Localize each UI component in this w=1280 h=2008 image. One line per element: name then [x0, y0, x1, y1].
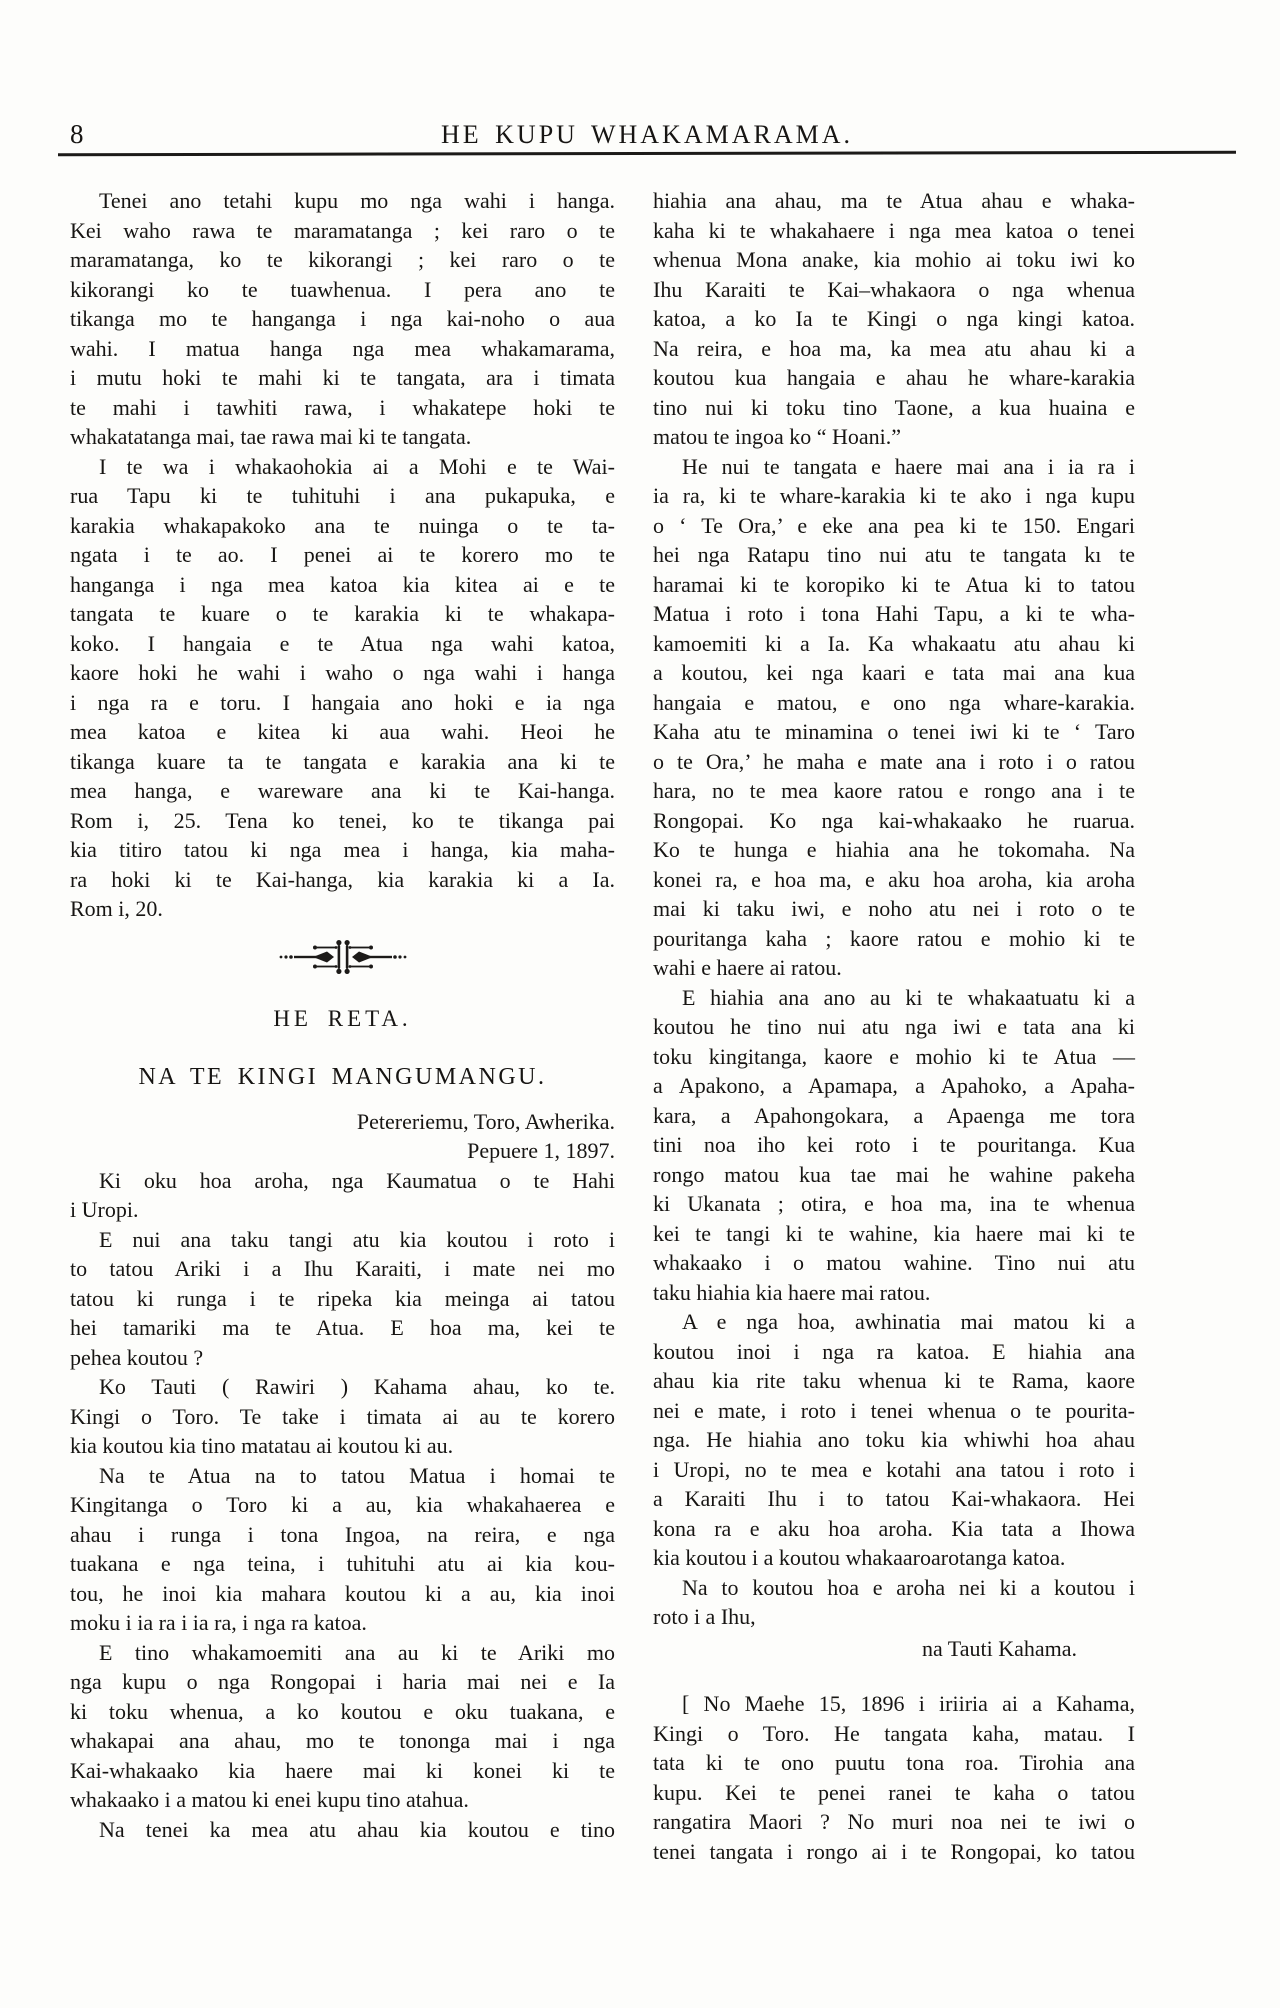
text-line: karakia whakapakoko ana te nuinga o te t… — [70, 511, 615, 541]
text-line: Ki oku hoa aroha, nga Kaumatua o te Hahi — [70, 1166, 615, 1196]
text-line: tuakana e nga teina, i tuhituhi atu ai k… — [70, 1549, 615, 1579]
text-line: kupu. Kei te penei ranei te kaha o tatou — [653, 1778, 1135, 1808]
text-line: o ‘ Te Ora,’ e eke ana pea ki te 150. En… — [653, 511, 1135, 541]
text-line: Na te Atua na to tatou Matua i homai te — [70, 1461, 615, 1491]
text-line: tikanga mo te hanganga i nga kai-noho o … — [70, 304, 615, 334]
text-line: a koutou, kei nga kaari e tata mai ana k… — [653, 658, 1135, 688]
text-line: Kingitanga o Toro ki a au, kia whakahaer… — [70, 1490, 615, 1520]
text-line: hei tamariki ma te Atua. E hoa ma, kei t… — [70, 1313, 615, 1343]
text-line: kia koutou i a koutou whakaaroarotanga k… — [653, 1543, 1135, 1573]
text-line: Na tenei ka mea atu ahau kia koutou e ti… — [70, 1815, 615, 1845]
text-line: whakaako i a matou ki enei kupu tino ata… — [70, 1785, 615, 1815]
paragraph: [ No Maehe 15, 1896 i iriiria ai a Kaham… — [653, 1689, 1135, 1866]
text-line: i nga ra e toru. I hangaia ano hoki e ia… — [70, 688, 615, 718]
text-line: Rongopai. Ko nga kai-whakaako he ruarua. — [653, 806, 1135, 836]
paragraph: Na tenei ka mea atu ahau kia koutou e ti… — [70, 1815, 615, 1845]
paragraph: Tenei ano tetahi kupu mo nga wahi i hang… — [70, 186, 615, 452]
text-line: haramai ki te koropiko ki te Atua ki to … — [653, 570, 1135, 600]
text-line: kia titiro tatou ki nga mea i hanga, kia… — [70, 835, 615, 865]
text-line: I te wa i whakaohokia ai a Mohi e te Wai… — [70, 452, 615, 482]
text-line: tou, he inoi kia mahara koutou ki a au, … — [70, 1579, 615, 1609]
text-line: rua Tapu ki te tuhituhi i ana pukapuka, … — [70, 481, 615, 511]
dateline: Petereriemu, Toro, Awherika. — [70, 1107, 615, 1137]
paragraph: E tino whakamoemiti ana au ki te Ariki m… — [70, 1638, 615, 1815]
scanned-document-page: 8 HE KUPU WHAKAMARAMA. Tenei ano tetahi … — [0, 0, 1280, 2008]
text-line: wahi. I matua hanga nga mea whakamarama, — [70, 334, 615, 364]
text-line: kaore hoki he wahi i waho o nga wahi i h… — [70, 658, 615, 688]
text-line: Matua i roto i tona Hahi Tapu, a ki te w… — [653, 599, 1135, 629]
text-line: te mahi i tawhiti rawa, i whakatepe hoki… — [70, 393, 615, 423]
text-line: He nui te tangata e haere mai ana i ia r… — [653, 452, 1135, 482]
signature-line: na Tauti Kahama. — [653, 1634, 1135, 1664]
text-line: wahi e haere ai ratou. — [653, 953, 1135, 983]
text-line: a Karaiti Ihu i to tatou Kai-whakaora. H… — [653, 1484, 1135, 1514]
paragraph: Ki oku hoa aroha, nga Kaumatua o te Hahi… — [70, 1166, 615, 1225]
text-line: Tenei ano tetahi kupu mo nga wahi i hang… — [70, 186, 615, 216]
text-line: ki Ukanata ; otira, e hoa ma, ina te whe… — [653, 1189, 1135, 1219]
text-line: hanganga i nga mea katoa kia kitea ai e … — [70, 570, 615, 600]
text-line: hei nga Ratapu tino nui atu te tangata k… — [653, 540, 1135, 570]
text-line: whakaako i o matou wahine. Tino nui atu — [653, 1248, 1135, 1278]
text-line: E hiahia ana ano au ki te whakaatuatu ki… — [653, 983, 1135, 1013]
text-line: rongo matou kua tae mai he wahine pakeha — [653, 1160, 1135, 1190]
text-line: whakapai ana ahau, mo te tononga mai i n… — [70, 1726, 615, 1756]
paragraph: hiahia ana ahau, ma te Atua ahau e whaka… — [653, 186, 1135, 452]
text-line: Na reira, e hoa ma, ka mea atu ahau ki a — [653, 334, 1135, 364]
text-line: taku hiahia kia haere mai ratou. — [653, 1278, 1135, 1308]
text-line: a Apakono, a Apamapa, a Apahoko, a Apaha… — [653, 1071, 1135, 1101]
text-line: hara, no te mea kaore ratou e rongo ana … — [653, 776, 1135, 806]
paragraph: E nui ana taku tangi atu kia koutou i ro… — [70, 1225, 615, 1373]
paragraph: I te wa i whakaohokia ai a Mohi e te Wai… — [70, 452, 615, 924]
text-line: tenei tangata i rongo ai i te Rongopai, … — [653, 1837, 1135, 1867]
text-line: Na to koutou hoa e aroha nei ki a koutou… — [653, 1573, 1135, 1603]
text-line: Ko Tauti ( Rawiri ) Kahama ahau, ko te. — [70, 1372, 615, 1402]
page-title: HE KUPU WHAKAMARAMA. — [58, 122, 1236, 148]
text-line: tata ki te ono puutu tona roa. Tirohia a… — [653, 1748, 1135, 1778]
text-line: Kingi o Toro. Te take i timata ai au te … — [70, 1402, 615, 1432]
text-line: tini noa iho kei roto i te pouritanga. K… — [653, 1130, 1135, 1160]
text-line: katoa, a ko Ia te Kingi o nga kingi kato… — [653, 304, 1135, 334]
text-line: tikanga kuare ta te tangata e karakia an… — [70, 747, 615, 777]
text-line: kia koutou kia tino matatau ai koutou ki… — [70, 1431, 615, 1461]
text-line: i Uropi, no te mea e kotahi ana tatou i … — [653, 1455, 1135, 1485]
text-line: whakatatanga mai, tae rawa mai ki te tan… — [70, 422, 615, 452]
paragraph: A e nga hoa, awhinatia mai matou ki akou… — [653, 1307, 1135, 1573]
text-line: whenua Mona anake, kia mohio ai toku iwi… — [653, 245, 1135, 275]
text-line: nga. He hiahia ano toku kia whiwhi hoa a… — [653, 1425, 1135, 1455]
divider-ornament — [70, 938, 615, 976]
text-line: matou te ingoa ko “ Hoani.” — [653, 422, 1135, 452]
text-line: hangaia e matou, e ono nga whare-karakia… — [653, 688, 1135, 718]
text-line: nei e mate, i roto i tenei whenua o te p… — [653, 1396, 1135, 1426]
text-line: o te Ora,’ he maha e mate ana i roto i o… — [653, 747, 1135, 777]
text-line: tino nui ki toku tino Taone, a kua huain… — [653, 393, 1135, 423]
text-line: Kaha atu te minamina o tenei iwi ki te ‘… — [653, 717, 1135, 747]
text-line: ahau i runga i tona Ingoa, na reira, e n… — [70, 1520, 615, 1550]
text-line: toku kingitanga, kaore e mohio ki te Atu… — [653, 1042, 1135, 1072]
paragraph: Na to koutou hoa e aroha nei ki a koutou… — [653, 1573, 1135, 1632]
text-line: mai ki taku iwi, e noho atu nei i roto o… — [653, 894, 1135, 924]
text-line: ra hoki ki te Kai-hanga, kia karakia ki … — [70, 865, 615, 895]
section-heading: HE RETA. — [70, 1004, 615, 1034]
text-line: to tatou Ariki i a Ihu Karaiti, i mate n… — [70, 1254, 615, 1284]
text-line: ki toku whenua, a ko koutou e oku tuakan… — [70, 1697, 615, 1727]
text-line: ia ra, ki te whare-karakia ki te ako i n… — [653, 481, 1135, 511]
paragraph: E hiahia ana ano au ki te whakaatuatu ki… — [653, 983, 1135, 1308]
right-column: hiahia ana ahau, ma te Atua ahau e whaka… — [653, 186, 1135, 1866]
text-line: nga kupu o nga Rongopai i haria mai nei … — [70, 1667, 615, 1697]
text-line: koutou inoi i nga ra katoa. E hiahia ana — [653, 1337, 1135, 1367]
page-header: 8 HE KUPU WHAKAMARAMA. — [58, 104, 1236, 148]
dateline: Pepuere 1, 1897. — [70, 1136, 615, 1166]
paragraph: He nui te tangata e haere mai ana i ia r… — [653, 452, 1135, 983]
text-line: moku i ia ra i ia ra, i nga ra katoa. — [70, 1608, 615, 1638]
text-line: mea katoa e kitea ki aua wahi. Heoi he — [70, 717, 615, 747]
text-line: maramatanga, ko te kikorangi ; kei raro … — [70, 245, 615, 275]
text-line: mea hanga, e wareware ana ki te Kai-hang… — [70, 776, 615, 806]
text-line: Ko te hunga e hiahia ana he tokomaha. Na — [653, 835, 1135, 865]
text-line: tangata te kuare o te karakia ki te whak… — [70, 599, 615, 629]
text-line: kaha ki te whakahaere i nga mea katoa o … — [653, 216, 1135, 246]
text-line: Rom i, 25. Tena ko tenei, ko te tikanga … — [70, 806, 615, 836]
text-line: rangatira Maori ? No muri noa nei te iwi… — [653, 1807, 1135, 1837]
text-line: Ihu Karaiti te Kai–whakaora o nga whenua — [653, 275, 1135, 305]
text-line: kara, a Apahongokara, a Apaenga me tora — [653, 1101, 1135, 1131]
text-line: ngata i te ao. I penei ai te korero mo t… — [70, 540, 615, 570]
section-subheading: NA TE KINGI MANGUMANGU. — [70, 1063, 615, 1093]
text-line: tatou ki runga i te ripeka kia meinga ai… — [70, 1284, 615, 1314]
text-line: kamoemiti ki a Ia. Ka whakaatu atu ahau … — [653, 629, 1135, 659]
text-line: koko. I hangaia e te Atua nga wahi katoa… — [70, 629, 615, 659]
text-line: Kai-whakaako kia haere mai ki konei ki t… — [70, 1756, 615, 1786]
text-line: i mutu hoki te mahi ki te tangata, ara i… — [70, 363, 615, 393]
text-line: E tino whakamoemiti ana au ki te Ariki m… — [70, 1638, 615, 1668]
text-line: roto i a Ihu, — [653, 1602, 1135, 1632]
left-column: Tenei ano tetahi kupu mo nga wahi i hang… — [70, 186, 615, 1844]
text-line: Kei waho rawa te maramatanga ; kei raro … — [70, 216, 615, 246]
paragraph: Ko Tauti ( Rawiri ) Kahama ahau, ko te.K… — [70, 1372, 615, 1461]
text-line: koutou kua hangaia e ahau he whare-karak… — [653, 363, 1135, 393]
text-line: ahau kia rite taku whenua ki te Rama, ka… — [653, 1366, 1135, 1396]
text-line: Rom i, 20. — [70, 894, 615, 924]
text-line: pehea koutou ? — [70, 1343, 615, 1373]
text-line: kona ra e aku hoa aroha. Kia tata a Ihow… — [653, 1514, 1135, 1544]
text-line: Kingi o Toro. He tangata kaha, matau. I — [653, 1719, 1135, 1749]
text-line: i Uropi. — [70, 1195, 615, 1225]
paragraph: Na te Atua na to tatou Matua i homai teK… — [70, 1461, 615, 1638]
text-line: hiahia ana ahau, ma te Atua ahau e whaka… — [653, 186, 1135, 216]
text-line: A e nga hoa, awhinatia mai matou ki a — [653, 1307, 1135, 1337]
text-line: E nui ana taku tangi atu kia koutou i ro… — [70, 1225, 615, 1255]
text-line: kikorangi ko te tuawhenua. I pera ano te — [70, 275, 615, 305]
text-line: pouritanga kaha ; kaore ratou e mohio ki… — [653, 924, 1135, 954]
header-rule — [58, 151, 1236, 156]
text-line: koutou he tino nui atu nga iwi e tata an… — [653, 1012, 1135, 1042]
text-line: kei te tangi ki te wahine, kia haere mai… — [653, 1219, 1135, 1249]
text-line: [ No Maehe 15, 1896 i iriiria ai a Kaham… — [653, 1689, 1135, 1719]
text-line: konei ra, e hoa ma, e aku hoa aroha, kia… — [653, 865, 1135, 895]
